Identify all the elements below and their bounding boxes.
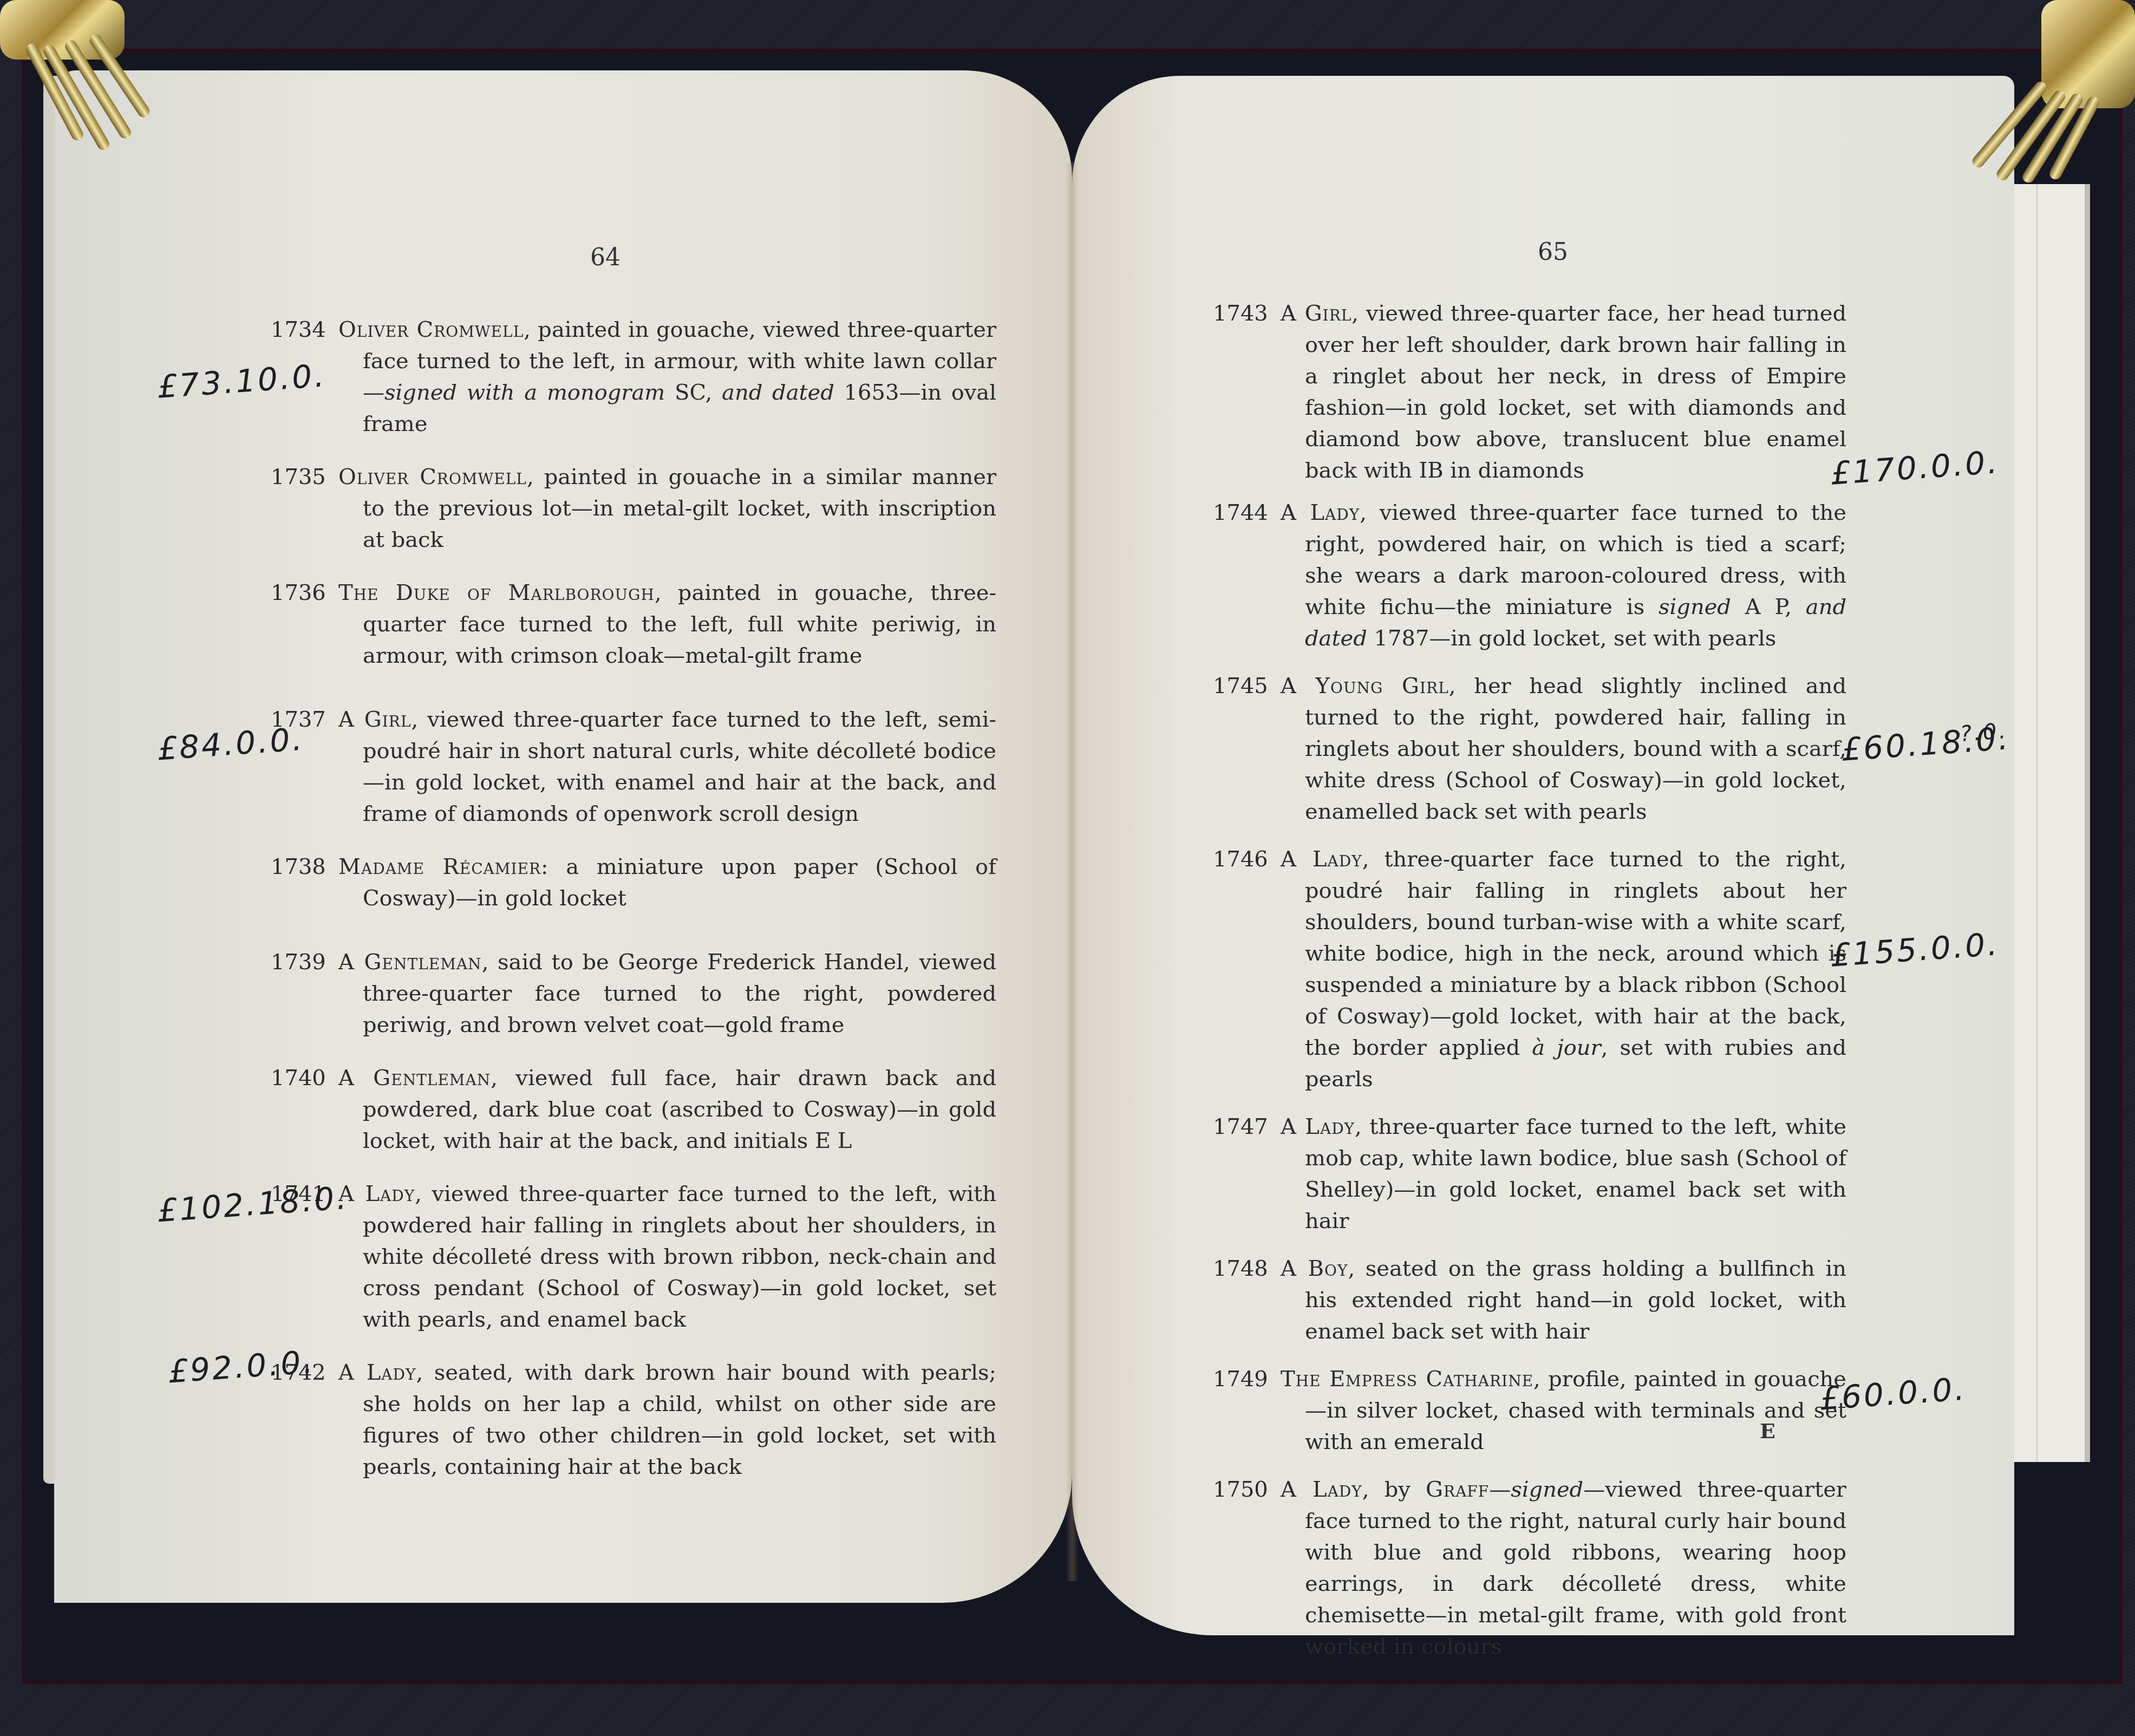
catalogue-entry: 1745 A Young Girl, her head slightly inc… [1213, 670, 1846, 827]
entry-title: A Lady [1281, 1477, 1362, 1502]
catalogue-entry: 1744 A Lady, viewed three-quarter face t… [1213, 497, 1846, 654]
catalogue-entry: 1739 A Gentleman, said to be George Fred… [271, 947, 996, 1041]
entry-title: A Lady [338, 1360, 416, 1385]
catalogue-entry: 1734 Oliver Cromwell, painted in gouache… [271, 314, 996, 440]
catalogue-entry: 1742 A Lady, seated, with dark brown hai… [271, 1357, 996, 1483]
lot-number: 1747 [1213, 1111, 1278, 1143]
entry-title: A Young Girl [1281, 674, 1449, 699]
lot-number: 1745 [1213, 670, 1278, 702]
lot-number: 1734 [271, 314, 336, 345]
catalogue-entry: 1743 A Girl, viewed three-quarter face, … [1213, 298, 1846, 486]
catalogue-entry: 1736 The Duke of Marlborough, painted in… [271, 577, 996, 671]
entry-title: The Duke of Marlborough [338, 580, 655, 605]
entry-title: Oliver Cromwell [338, 465, 527, 490]
entry-title: A Boy [1281, 1256, 1348, 1281]
lot-number: 1735 [271, 461, 336, 493]
page-edges-right [2003, 184, 2090, 1462]
lot-number: 1740 [271, 1062, 336, 1094]
right-page: 65 1743 A Girl, viewed three-quarter fac… [1072, 76, 2014, 1635]
catalogue-entry: 1746 A Lady, three-quarter face turned t… [1213, 844, 1846, 1095]
right-entries: 1743 A Girl, viewed three-quarter face, … [1213, 298, 1846, 1684]
book-gutter [1066, 162, 1079, 1581]
catalogue-entry: 1737 A Girl, viewed three-quarter face t… [271, 704, 996, 830]
entry-title: Oliver Cromwell [338, 317, 524, 342]
page-number-left: 64 [590, 244, 621, 271]
page-number-right: 65 [1538, 238, 1568, 266]
entry-title: A Lady [338, 1182, 415, 1206]
artist-name: Graff [1426, 1477, 1489, 1502]
lot-number: 1736 [271, 577, 336, 609]
entry-title: The Empress Catharine [1281, 1367, 1533, 1392]
entry-title: A Girl [1281, 301, 1351, 326]
lot-number: 1743 [1213, 298, 1278, 329]
entry-title: A Lady [1281, 500, 1360, 525]
brass-hand-page-holder-left [0, 0, 162, 141]
catalogue-entry: 1741 A Lady, viewed three-quarter face t… [271, 1178, 996, 1335]
entry-title: A Lady [1281, 1114, 1355, 1139]
entry-title: Madame Récamier [338, 854, 541, 879]
handwritten-price: £170.0.0. [1829, 443, 2001, 492]
lot-number: 1750 [1213, 1474, 1278, 1505]
lot-number: 1749 [1213, 1363, 1278, 1395]
entry-title: A Gentleman [338, 1066, 491, 1091]
handwritten-edge-note: ?.0. [1960, 719, 2009, 747]
left-entries: 1734 Oliver Cromwell, painted in gouache… [271, 314, 996, 1504]
lot-number: 1748 [1213, 1253, 1278, 1284]
brass-hand-page-holder-right [1938, 0, 2135, 173]
catalogue-entry: 1738 Madame Récamier: a miniature upon p… [271, 851, 996, 914]
catalogue-entry: 1748 A Boy, seated on the grass holding … [1213, 1253, 1846, 1347]
entry-title: A Gentleman [338, 950, 482, 975]
lot-number: 1744 [1213, 497, 1278, 528]
catalogue-entry: 1750 A Lady, by Graff—signed—viewed thre… [1213, 1474, 1846, 1662]
handwritten-price: £155.0.0. [1829, 925, 2001, 974]
entry-title: A Lady [1281, 847, 1362, 872]
catalogue-entry: 1740 A Gentleman, viewed full face, hair… [271, 1062, 996, 1157]
entry-title: A Girl [338, 707, 412, 732]
catalogue-entry: 1735 Oliver Cromwell, painted in gouache… [271, 461, 996, 556]
signature-mark: E [1760, 1419, 1775, 1443]
catalogue-entry: 1747 A Lady, three-quarter face turned t… [1213, 1111, 1846, 1237]
lot-number: 1739 [271, 947, 336, 978]
left-page: 64 1734 Oliver Cromwell, painted in goua… [54, 70, 1072, 1603]
lot-number: 1746 [1213, 844, 1278, 875]
lot-number: 1738 [271, 851, 336, 883]
catalogue-entry: 1749 The Empress Catharine, profile, pai… [1213, 1363, 1846, 1458]
